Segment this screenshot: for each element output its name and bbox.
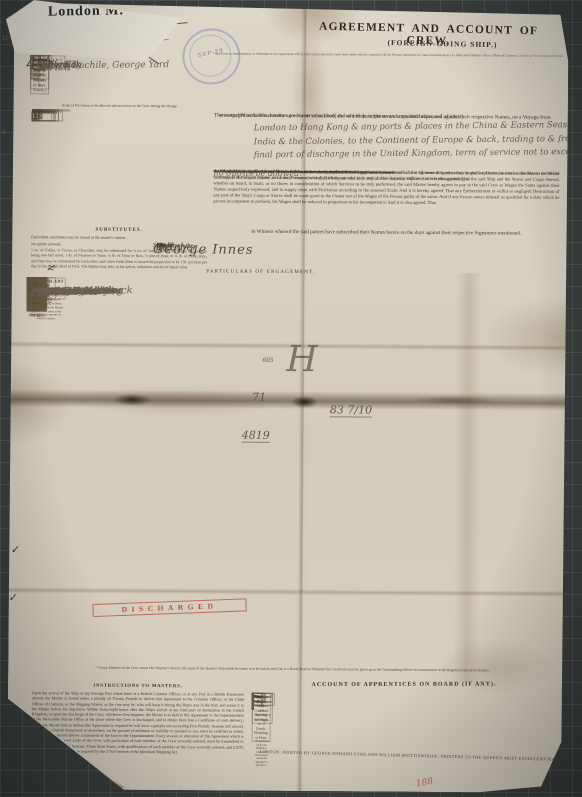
photo-of-crew-agreement-document: { "photo": { "corner_note": "London M.",…: [0, 0, 582, 797]
margin-check-mark: ✓: [11, 543, 20, 556]
pencil-number: 71: [252, 391, 266, 404]
engagement-title: PARTICULARS OF ENGAGEMENT.: [141, 269, 381, 276]
right-buckle-shading: [453, 273, 482, 682]
crew-engagement-table: Reference No. Signature of Crew. Age. To…: [27, 277, 567, 281]
erasure-legal-note: * Any Erasure, Interlineation, or Altera…: [212, 51, 562, 57]
pencil-fraction: 83 7/10: [330, 403, 372, 417]
voyage-line: final port of discharge in the United Ki…: [254, 147, 560, 164]
provisions-scale-table: Bread lb.Beef lb.Pork lb.Flour lb.Peas p…: [32, 109, 208, 110]
handwritten-year-digit: 5.: [156, 242, 166, 253]
discharge-cause: Do: [48, 286, 59, 295]
minor-crease: [9, 587, 565, 597]
witness-line: In Witness whereof the said parties have…: [213, 228, 559, 236]
crew-row: 10 William X Dalberg 22 Lpool Rd.— Paid—…: [27, 277, 47, 311]
handwritten-clause: no Spirits be allowed.: [214, 168, 302, 179]
table-footnote: * If any Member of the Crew enters Her M…: [78, 666, 508, 673]
circular-date-stamp: SEP 29: [177, 23, 245, 90]
apprentices-table: Christian and Surname of the Apprentice …: [252, 693, 552, 695]
ship-values-row: Serica 486 Greenock 27 — 63 708 J Findla…: [30, 55, 40, 79]
mat-ruler-number: 10: [2, 36, 9, 42]
pencil-number: 605: [262, 357, 274, 364]
mat-ruler-number: 9: [2, 130, 5, 136]
pencil-number: 4819: [242, 429, 270, 443]
agreement-body: And the said Crew agree to conduct thems…: [214, 168, 560, 170]
agreement-text-block: The several Persons whose names are here…: [214, 110, 560, 124]
instructions-title: INSTRUCTIONS TO MASTERS.: [32, 683, 244, 689]
apprentices-title: ACCOUNT OF APPRENTICES ON BOARD (IF ANY)…: [252, 681, 556, 688]
substitutes-title: SUBSTITUTES.: [31, 227, 207, 233]
signed-line: Signed by George Innes Master, on the 4t…: [153, 242, 582, 252]
owner-address-value: North Buchile, George Yard: [42, 60, 169, 71]
printer-imprint: LONDON: PRINTED BY GEORGE EDWARD EYRE AN…: [259, 749, 559, 762]
handwritten-voyage-terms: London to Hong Kong & any ports & places…: [254, 121, 560, 169]
pen-flourish: H: [286, 339, 318, 380]
main-horizontal-fold: [10, 389, 566, 411]
provisions-value: 3: [32, 109, 36, 121]
crew-agreement-document: ♛ SANCTIONED BY THE BOARD OF TRADE, In p…: [7, 3, 568, 793]
margin-check-mark: ✓: [9, 591, 18, 604]
col-leave-cause: Cause.: [252, 693, 266, 702]
provisions-scale-title: Scale of Provisions to be allowed and se…: [32, 103, 208, 108]
discharged-stamp: DISCHARGED: [92, 598, 246, 617]
substitutes-line: Equivalent substitutes may be issued at …: [31, 234, 207, 240]
